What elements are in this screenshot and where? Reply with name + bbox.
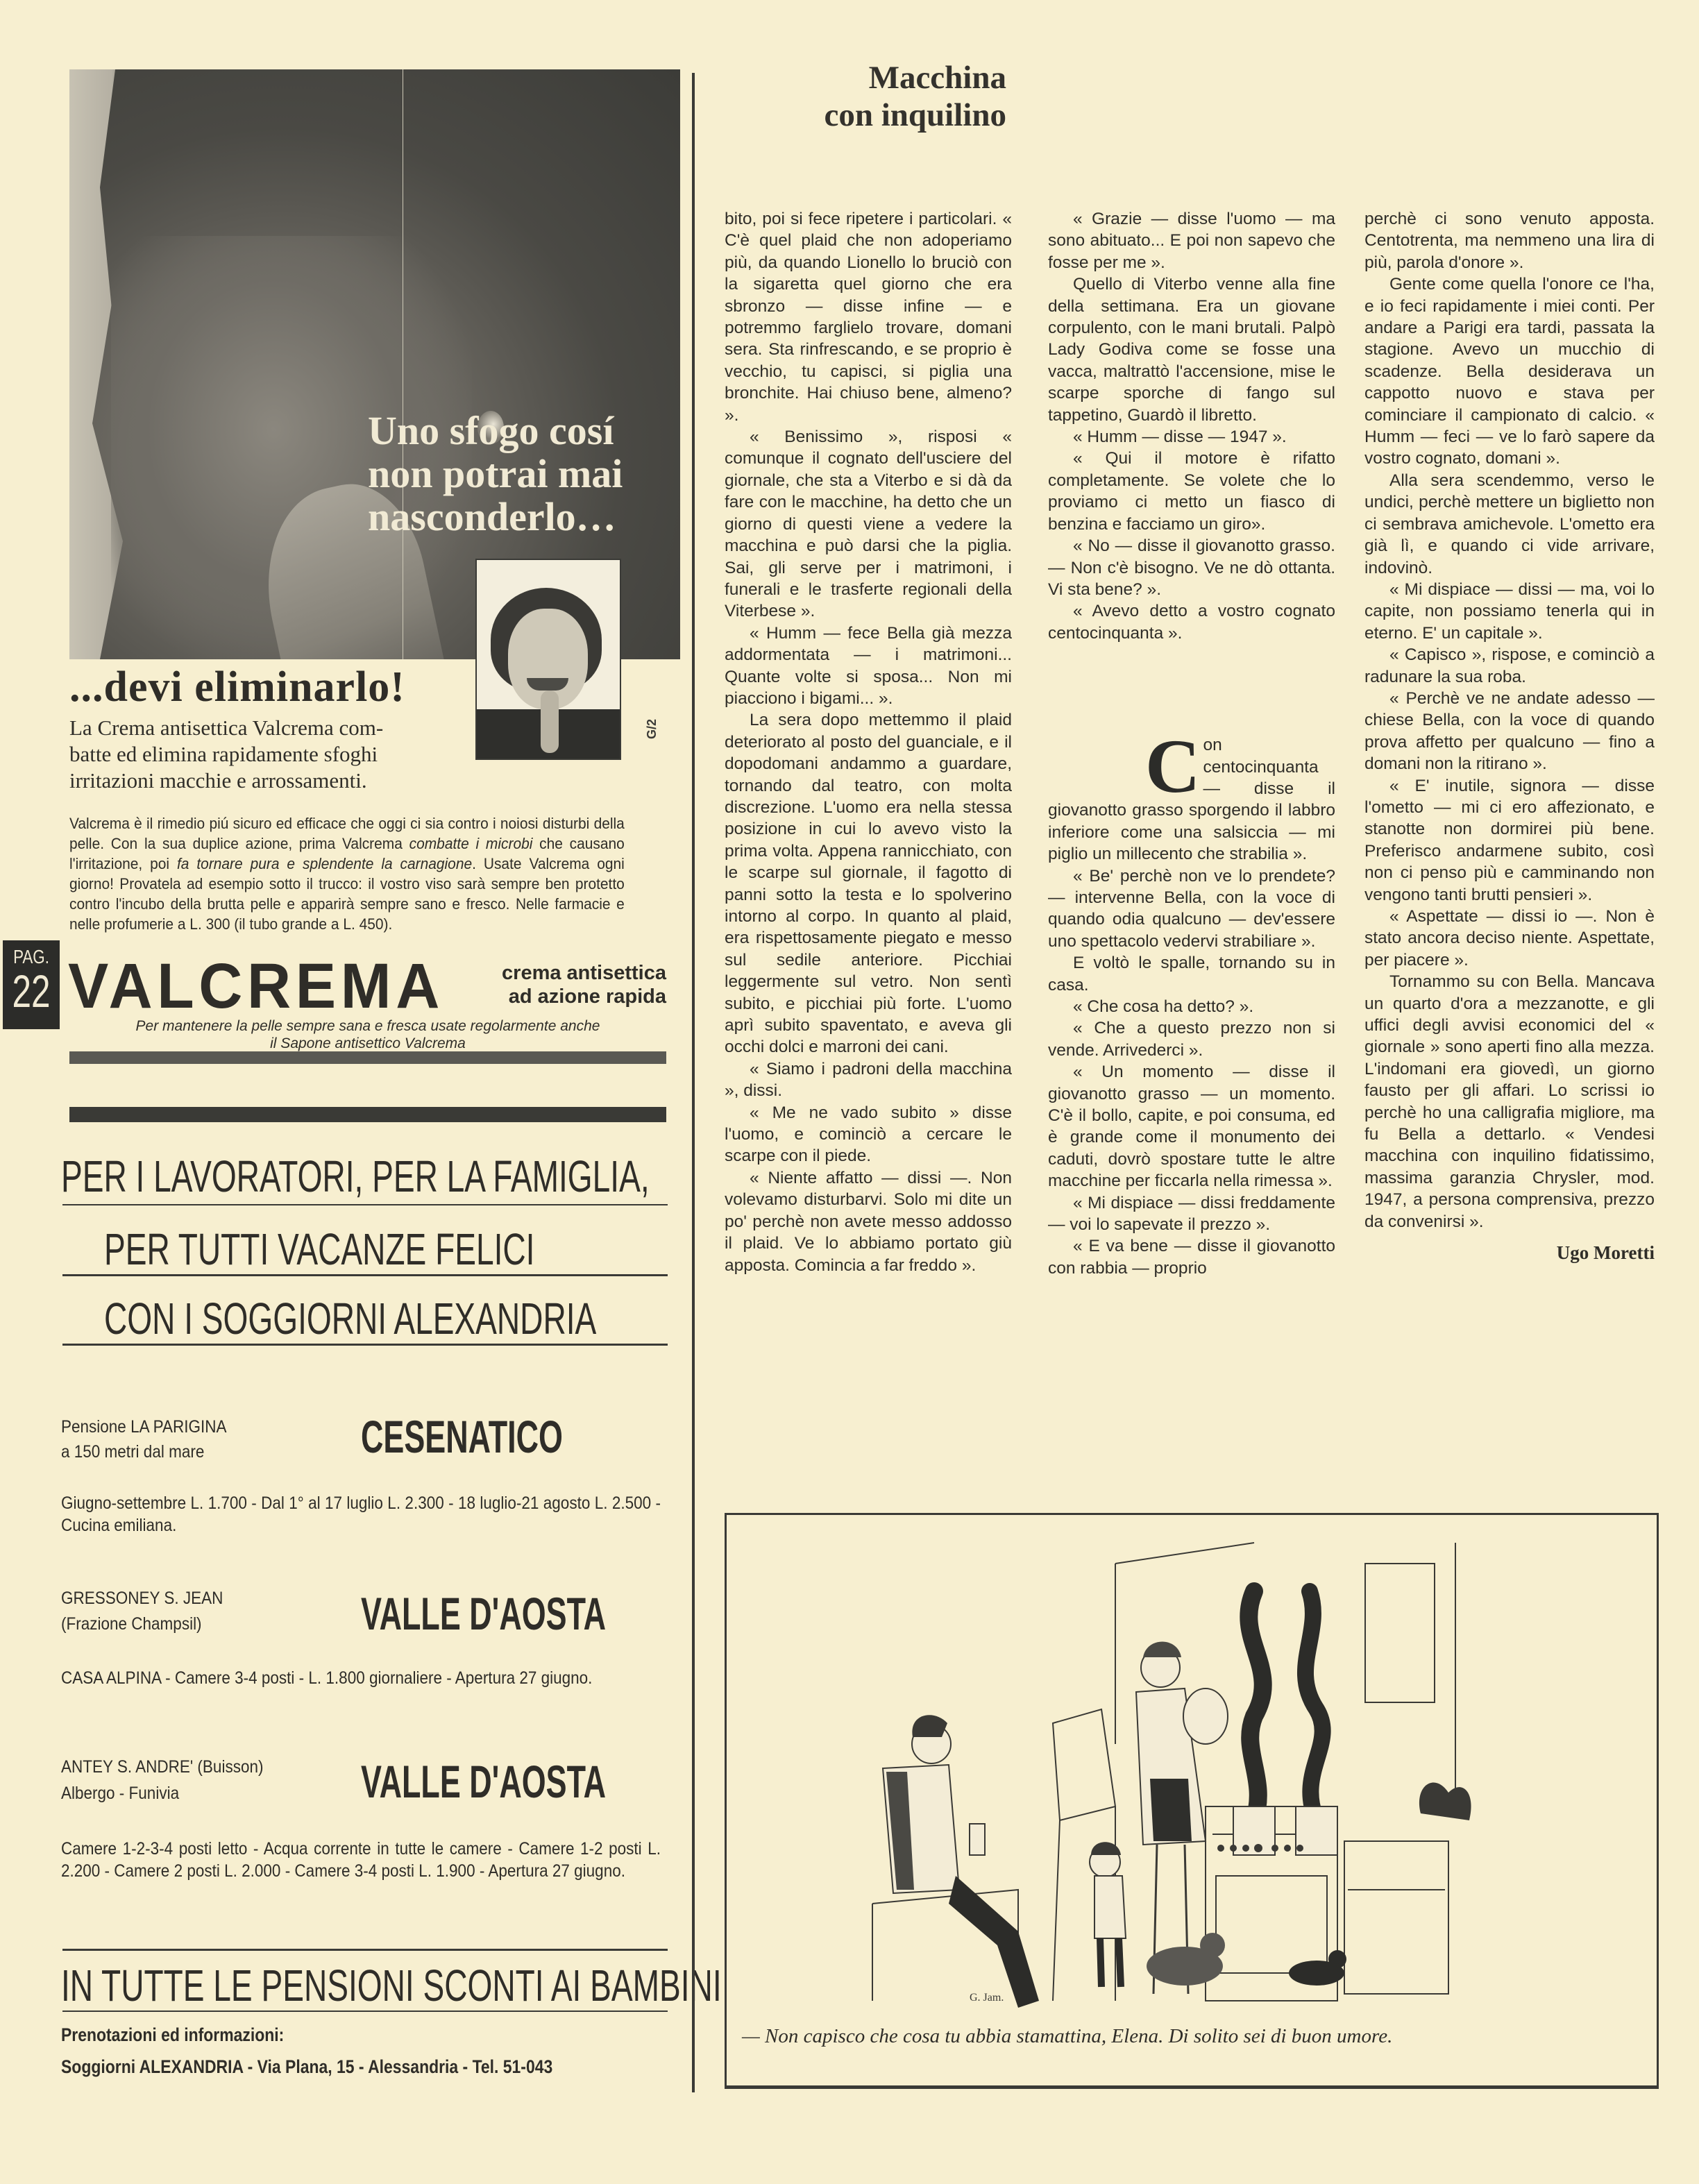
listing-2-location: VALLE D'AOSTA <box>361 1589 606 1638</box>
headline-line: non potrai mai <box>368 452 659 496</box>
paragraph: bito, poi si fece ripetere i particolari… <box>725 208 1012 426</box>
paragraph: perchè ci sono venuto apposta. Centotren… <box>1364 208 1655 273</box>
author-byline: Ugo Moretti <box>1364 1242 1655 1264</box>
listing-3-subname: Albergo - Funivia <box>61 1781 179 1806</box>
valcrema-logo: VALCREMA <box>68 954 444 1018</box>
inset-finger <box>541 691 559 753</box>
paragraph: « Capisco », rispose, e cominciò a radun… <box>1364 644 1655 688</box>
title-line: con inquilino <box>722 96 1006 134</box>
paragraph: « Aspettate — dissi io —. Non è stato an… <box>1364 906 1655 971</box>
paragraph: « Mi dispiace — dissi freddamente — voi … <box>1048 1192 1335 1236</box>
subtext-line: batte ed elimina rapidamente sfoghi <box>69 741 472 768</box>
listing-1-subname: a 150 metri dal mare <box>61 1439 204 1464</box>
alexandria-headline-3: CON I SOGGIORNI ALEXANDRIA <box>104 1294 596 1343</box>
paragraph: « Perchè ve ne andate adesso — chiese Be… <box>1364 688 1655 775</box>
paragraph: « Un momento — disse il giovanotto grass… <box>1048 1061 1335 1192</box>
paragraph: « Grazie — disse l'uomo — ma sono abitua… <box>1048 208 1335 273</box>
listing-2-details: CASA ALPINA - Camere 3-4 posti - L. 1.80… <box>61 1667 661 1689</box>
contact-label: Prenotazioni ed informazioni: <box>61 2021 284 2049</box>
tagline-line: crema antisettica <box>455 961 666 985</box>
headline-line: nasconderlo… <box>368 496 659 539</box>
body-italic: fa tornare pura e splendente la carnagio… <box>177 855 472 872</box>
listing-1-location: CESENATICO <box>361 1412 563 1461</box>
footer-line: Per mantenere la pelle sempre sana e fre… <box>69 1017 666 1035</box>
paragraph: « Siamo i padroni della macchina », diss… <box>725 1058 1012 1102</box>
paragraph: « Benissimo », risposi « comunque il cog… <box>725 426 1012 623</box>
valcrema-bottom-bar <box>69 1051 666 1064</box>
paragraph: « Che a questo prezzo non si vende. Arri… <box>1048 1017 1335 1061</box>
paragraph: « E va bene — disse il giovanotto con ra… <box>1048 1235 1335 1279</box>
drop-cap-letter: C <box>1145 738 1200 794</box>
valcrema-footer-note: Per mantenere la pelle sempre sana e fre… <box>69 1017 666 1052</box>
body-italic: combatte i microbi <box>409 835 533 852</box>
article-column-3: perchè ci sono venuto apposta. Centotren… <box>1364 208 1655 1264</box>
listing-3-name: ANTEY S. ANDRE' (Buisson) <box>61 1754 263 1779</box>
article-title: Macchina con inquilino <box>722 59 1006 134</box>
listing-1-details: Giugno-settembre L. 1.700 - Dal 1° al 17… <box>61 1492 661 1537</box>
valcrema-inset-photo <box>475 559 621 760</box>
listing-1-name: Pensione LA PARIGINA <box>61 1414 226 1439</box>
paragraph: « Qui il motore è rifatto completamente.… <box>1048 448 1335 535</box>
footer-line: il Sapone antisettico Valcrema <box>69 1035 666 1052</box>
listing-3-location: VALLE D'AOSTA <box>361 1757 606 1806</box>
valcrema-tagline: crema antisettica ad azione rapida <box>455 961 666 1008</box>
listing-3-details: Camere 1-2-3-4 posti letto - Acqua corre… <box>61 1838 661 1882</box>
subtext-line: irritazioni macchie e arrossamenti. <box>69 768 472 794</box>
alexandria-headline-1: PER I LAVORATORI, PER LA FAMIGLIA, <box>61 1152 650 1201</box>
photo-fold-line <box>403 69 403 659</box>
paragraph: « E' inutile, signora — disse l'ometto —… <box>1364 775 1655 906</box>
valcrema-photo-headline: Uno sfogo cosí non potrai mai nasconderl… <box>368 409 659 539</box>
paragraph: « Be' perchè non ve lo prendete? — inter… <box>1048 865 1335 953</box>
page-number: 22 <box>10 968 53 1014</box>
paragraph: La sera dopo mettemmo il plaid deteriora… <box>725 709 1012 1058</box>
paragraph: « Che cosa ha detto? ». <box>1048 996 1335 1017</box>
column-divider <box>692 73 695 2092</box>
paragraph: Quello di Viterbo venne alla fine della … <box>1048 273 1335 426</box>
paragraph: « Humm — disse — 1947 ». <box>1048 426 1335 448</box>
contact-info: Soggiorni ALEXANDRIA - Via Plana, 15 - A… <box>61 2053 552 2081</box>
alexandria-top-bar <box>69 1107 666 1122</box>
alexandria-discount: IN TUTTE LE PENSIONI SCONTI AI BAMBINI <box>61 1961 722 2010</box>
divider-rule <box>62 2011 668 2012</box>
title-line: Macchina <box>722 59 1006 96</box>
paragraph: Alla sera scendemmo, verso le undici, pe… <box>1364 470 1655 579</box>
artist-signature: G. Jam. <box>970 1992 1004 2004</box>
listing-2-subname: (Frazione Champsil) <box>61 1611 202 1636</box>
divider-rule <box>62 1274 668 1276</box>
paragraph: Tornammo su con Bella. Mancava un quarto… <box>1364 971 1655 1233</box>
paragraph: « Me ne vado subito » disse l'uomo, e co… <box>725 1102 1012 1167</box>
listing-2-name: GRESSONEY S. JEAN <box>61 1586 223 1611</box>
kitchen-cartoon-illustration: G. Jam. <box>727 1515 1657 2015</box>
article-column-2: « Grazie — disse l'uomo — ma sono abitua… <box>1048 208 1335 1279</box>
inset-code: G/2 <box>645 719 659 739</box>
paragraph: « Humm — fece Bella già mezza addormenta… <box>725 623 1012 710</box>
paragraph: Gente come quella l'onore ce l'ha, e io … <box>1364 273 1655 470</box>
cartoon-caption: — Non capisco che cosa tu abbia stamatti… <box>742 2025 1644 2048</box>
tagline-line: ad azione rapida <box>455 985 666 1008</box>
valcrema-subhead: ...devi eliminarlo! <box>69 663 405 711</box>
article-column-1: bito, poi si fece ripetere i particolari… <box>725 208 1012 1276</box>
alexandria-headline-2: PER TUTTI VACANZE FELICI <box>104 1225 534 1273</box>
valcrema-body-copy: Valcrema è il rimedio piú sicuro ed effi… <box>69 813 625 934</box>
paragraph: « No — disse il giovanotto grasso. — Non… <box>1048 535 1335 600</box>
subtext-line: La Crema antisettica Valcrema com- <box>69 715 472 741</box>
divider-rule <box>62 1344 668 1346</box>
valcrema-subtext: La Crema antisettica Valcrema com- batte… <box>69 715 472 794</box>
paragraph: E voltò le spalle, tornando su in casa. <box>1048 952 1335 996</box>
divider-rule <box>62 1949 668 1951</box>
inset-smile <box>527 678 568 691</box>
divider-rule <box>62 1204 668 1205</box>
dropcap-section: C on centocinquanta — disse il giovanott… <box>1048 734 1335 865</box>
paragraph: « Niente affatto — dissi —. Non volevamo… <box>725 1167 1012 1276</box>
paragraph: « Avevo detto a vostro cognato centocinq… <box>1048 600 1335 644</box>
cartoon-panel: G. Jam. — Non capisco che cosa tu abbia … <box>725 1513 1659 2089</box>
page-number-badge: PAG. 22 <box>3 940 60 1029</box>
paragraph: « Mi dispiace — dissi — ma, voi lo capit… <box>1364 579 1655 644</box>
headline-line: Uno sfogo cosí <box>368 409 659 452</box>
